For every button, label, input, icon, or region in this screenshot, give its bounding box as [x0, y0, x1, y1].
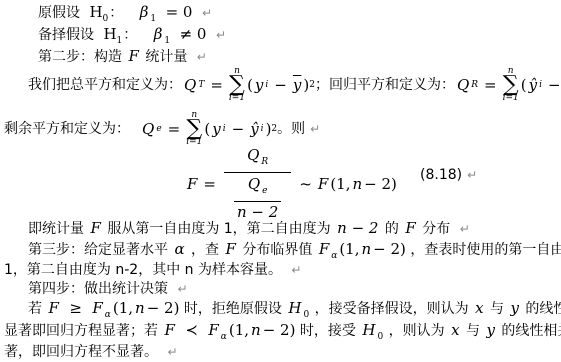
math-equals-zero: = 0	[166, 3, 193, 21]
paren-1-comma: (1,	[339, 240, 359, 258]
paragraph-mark-icon: ↵	[460, 222, 470, 236]
prec-sign: ≺	[185, 321, 198, 339]
math-H: H	[288, 299, 301, 317]
paragraph-mark-icon: ↵	[291, 263, 301, 277]
math-sub-1: 1	[150, 14, 156, 24]
colon: ：	[123, 27, 137, 43]
math-sub-alpha: α	[105, 310, 111, 320]
minus-sign: −	[548, 76, 561, 95]
label-null-hypothesis: 原假设	[38, 5, 80, 21]
document-page: 原假设 H0： β1 = 0 ↵ 备择假设 H1： β1 ≠ 0 ↵ 第二步：构…	[0, 0, 561, 362]
sum-lower-limit: i=1	[229, 94, 245, 103]
math-y-hat: ŷ	[250, 120, 258, 139]
math-sub-0: 0	[377, 332, 383, 342]
math-sub-e: e	[262, 186, 267, 196]
equals-sign: =	[203, 175, 216, 194]
math-y: y	[212, 120, 220, 139]
step3-wrap-line: 1，第二自由度为 n-2，其中 n 为样本容量。 ↵	[4, 261, 301, 280]
inner-numerator: Qe	[246, 175, 270, 201]
math-Q: Q	[142, 120, 154, 139]
main-fraction: QR Qe n − 2	[224, 146, 291, 222]
sigma-icon: ∑	[503, 76, 519, 95]
math-Q: Q	[248, 175, 260, 193]
sum-of-squares-line-1: 我们把总平方和定义为： QT = n ∑ i=1 (yi−y)2 ； 回归平方和…	[28, 62, 561, 108]
paragraph-mark-icon: ↵	[216, 28, 226, 42]
then-label: 。则	[277, 120, 305, 139]
decision-text-6: 显著即回归方程显著；若	[4, 323, 158, 339]
fraction-denominator: Qe n − 2	[224, 172, 291, 222]
decision-text-3: ，接受备择假设，则认为	[315, 301, 469, 317]
math-n: n	[251, 321, 261, 339]
math-sub-R: R	[261, 157, 268, 167]
math-F: F	[226, 240, 236, 258]
step3-text-5: 1，第二自由度为 n-2，其中 n 为样本容量。	[4, 262, 282, 278]
math-n-minus-2: n − 2	[337, 219, 378, 237]
total-ss-label: 我们把总平方和定义为：	[28, 76, 182, 95]
note-text-2: 服从第一自由度为 1，第二自由度为	[107, 221, 330, 237]
lparen: (	[247, 76, 253, 95]
math-F: F	[208, 321, 218, 339]
paragraph-mark-icon: ↵	[167, 345, 177, 359]
math-sub-1: 1	[164, 36, 170, 46]
math-sub-1: 1	[117, 36, 123, 46]
math-F: F	[92, 299, 102, 317]
math-sub-i: i	[223, 120, 226, 139]
lparen: (	[204, 120, 210, 139]
label-alt-hypothesis: 备择假设	[38, 27, 94, 43]
math-notequal-zero: ≠ 0	[180, 25, 207, 43]
tilde-sign: ~	[299, 175, 312, 194]
math-F: F	[319, 240, 329, 258]
math-sub-R: R	[471, 76, 478, 95]
equation-number: (8.18)↵	[420, 166, 477, 185]
math-sub-alpha: α	[221, 332, 227, 342]
step3-text-2: ，查	[191, 242, 219, 258]
math-F: F	[318, 175, 328, 194]
sigma-icon: ∑	[186, 120, 202, 139]
math-n: n	[135, 299, 145, 317]
minus-2-paren: − 2)	[263, 321, 296, 339]
math-beta: β	[154, 25, 163, 43]
math-H: H	[362, 321, 375, 339]
math-sub-0: 0	[303, 310, 309, 320]
math-Q: Q	[247, 146, 259, 164]
decision-text-10: 的线性相关关系不显	[501, 323, 561, 339]
decision-text-2: 时，拒绝原假设	[184, 301, 282, 317]
math-x: x	[451, 321, 459, 339]
minus-2-paren: − 2)	[364, 175, 397, 194]
math-sub-i: i	[265, 76, 268, 95]
colon: ：	[109, 5, 123, 21]
math-F: F	[187, 175, 197, 194]
math-y: y	[486, 321, 494, 339]
decision-text-4: 与	[490, 301, 504, 317]
math-y: y	[255, 76, 263, 95]
minus-sign: −	[274, 76, 287, 95]
geq-sign: ≥	[69, 299, 82, 317]
sum-lower-limit: i=1	[503, 94, 519, 103]
equals-sign: =	[168, 120, 181, 139]
math-sub-0: 0	[103, 14, 109, 24]
math-Q: Q	[457, 76, 469, 95]
math-y-bar: y	[293, 76, 301, 95]
step3-text-3: 分布临界值	[242, 242, 312, 258]
paragraph-mark-icon: ↵	[177, 282, 187, 296]
decision-text-1: 若	[28, 301, 42, 317]
math-n: n	[362, 240, 372, 258]
step4-heading: 第四步：做出统计决策 ↵	[28, 280, 188, 299]
math-F: F	[164, 321, 174, 339]
minus-2-paren: − 2)	[147, 299, 180, 317]
equation-body: F = QR Qe n − 2 ~ F(1,n− 2)	[185, 152, 561, 216]
decision-text-9: 与	[466, 323, 480, 339]
paren-1-comma: (1,	[229, 321, 249, 339]
math-sub-i: i	[261, 120, 264, 139]
decision-line-3: 著，即回归方程不显著。 ↵	[4, 343, 178, 362]
math-y: y	[510, 299, 518, 317]
semicolon: ；	[315, 76, 329, 95]
math-sub-T: T	[198, 76, 204, 95]
math-H: H	[103, 25, 116, 43]
fraction-numerator: QR	[245, 146, 270, 172]
summation-symbol: n ∑ i=1	[229, 67, 245, 104]
step3-text-4: ，查表时使用的第一自由度为	[410, 242, 561, 258]
sigma-icon: ∑	[229, 76, 245, 95]
decision-text-7: 时，接受	[300, 323, 356, 339]
math-F: F	[48, 299, 58, 317]
note-text-1: 即统计量	[28, 221, 84, 237]
f-statistic-equation: F = QR Qe n − 2 ~ F(1,n− 2) (8.18)↵	[0, 152, 561, 216]
sum-lower-limit: i=1	[186, 138, 202, 147]
math-sub-e: e	[156, 120, 161, 139]
note-text-4: 分布	[422, 221, 450, 237]
residual-ss-label: 剩余平方和定义为：	[4, 120, 130, 139]
math-x: x	[475, 299, 483, 317]
math-F: F	[405, 219, 415, 237]
equals-sign: =	[210, 76, 223, 95]
decision-text-5: 的线性相关关系	[525, 301, 561, 317]
summation-symbol: n ∑ i=1	[503, 67, 519, 104]
math-sub-i: i	[539, 76, 542, 95]
paragraph-mark-icon: ↵	[310, 120, 320, 139]
paren-1-comma: (1,	[330, 175, 350, 194]
math-n: n	[352, 175, 362, 194]
equals-sign: =	[484, 76, 497, 95]
math-alpha: α	[174, 240, 184, 258]
step3-label: 第三步：给定显著水平	[28, 242, 168, 258]
regression-ss-label: 回归平方和定义为：	[329, 76, 455, 95]
math-y-hat: ŷ	[529, 76, 537, 95]
paren-1-comma: (1,	[113, 299, 133, 317]
math-F: F	[90, 219, 100, 237]
minus-sign: −	[232, 120, 245, 139]
minus-2-paren: − 2)	[373, 240, 406, 258]
math-H: H	[89, 3, 102, 21]
lparen: (	[521, 76, 527, 95]
step4-label: 第四步：做出统计决策	[28, 281, 168, 297]
inner-fraction: Qe n − 2	[232, 175, 283, 222]
math-Q: Q	[184, 76, 196, 95]
decision-text-8: ，则认为	[389, 323, 445, 339]
decision-text-11: 著，即回归方程不显著。	[4, 344, 158, 360]
summation-symbol: n ∑ i=1	[186, 111, 202, 148]
f-distribution-note: 即统计量 F 服从第一自由度为 1，第二自由度为 n − 2 的 F 分布 ↵	[28, 219, 470, 239]
paragraph-mark-icon: ↵	[467, 168, 477, 182]
paragraph-mark-icon: ↵	[202, 6, 212, 20]
math-beta: β	[140, 3, 149, 21]
note-text-3: 的	[385, 221, 399, 237]
math-sub-alpha: α	[331, 251, 337, 261]
